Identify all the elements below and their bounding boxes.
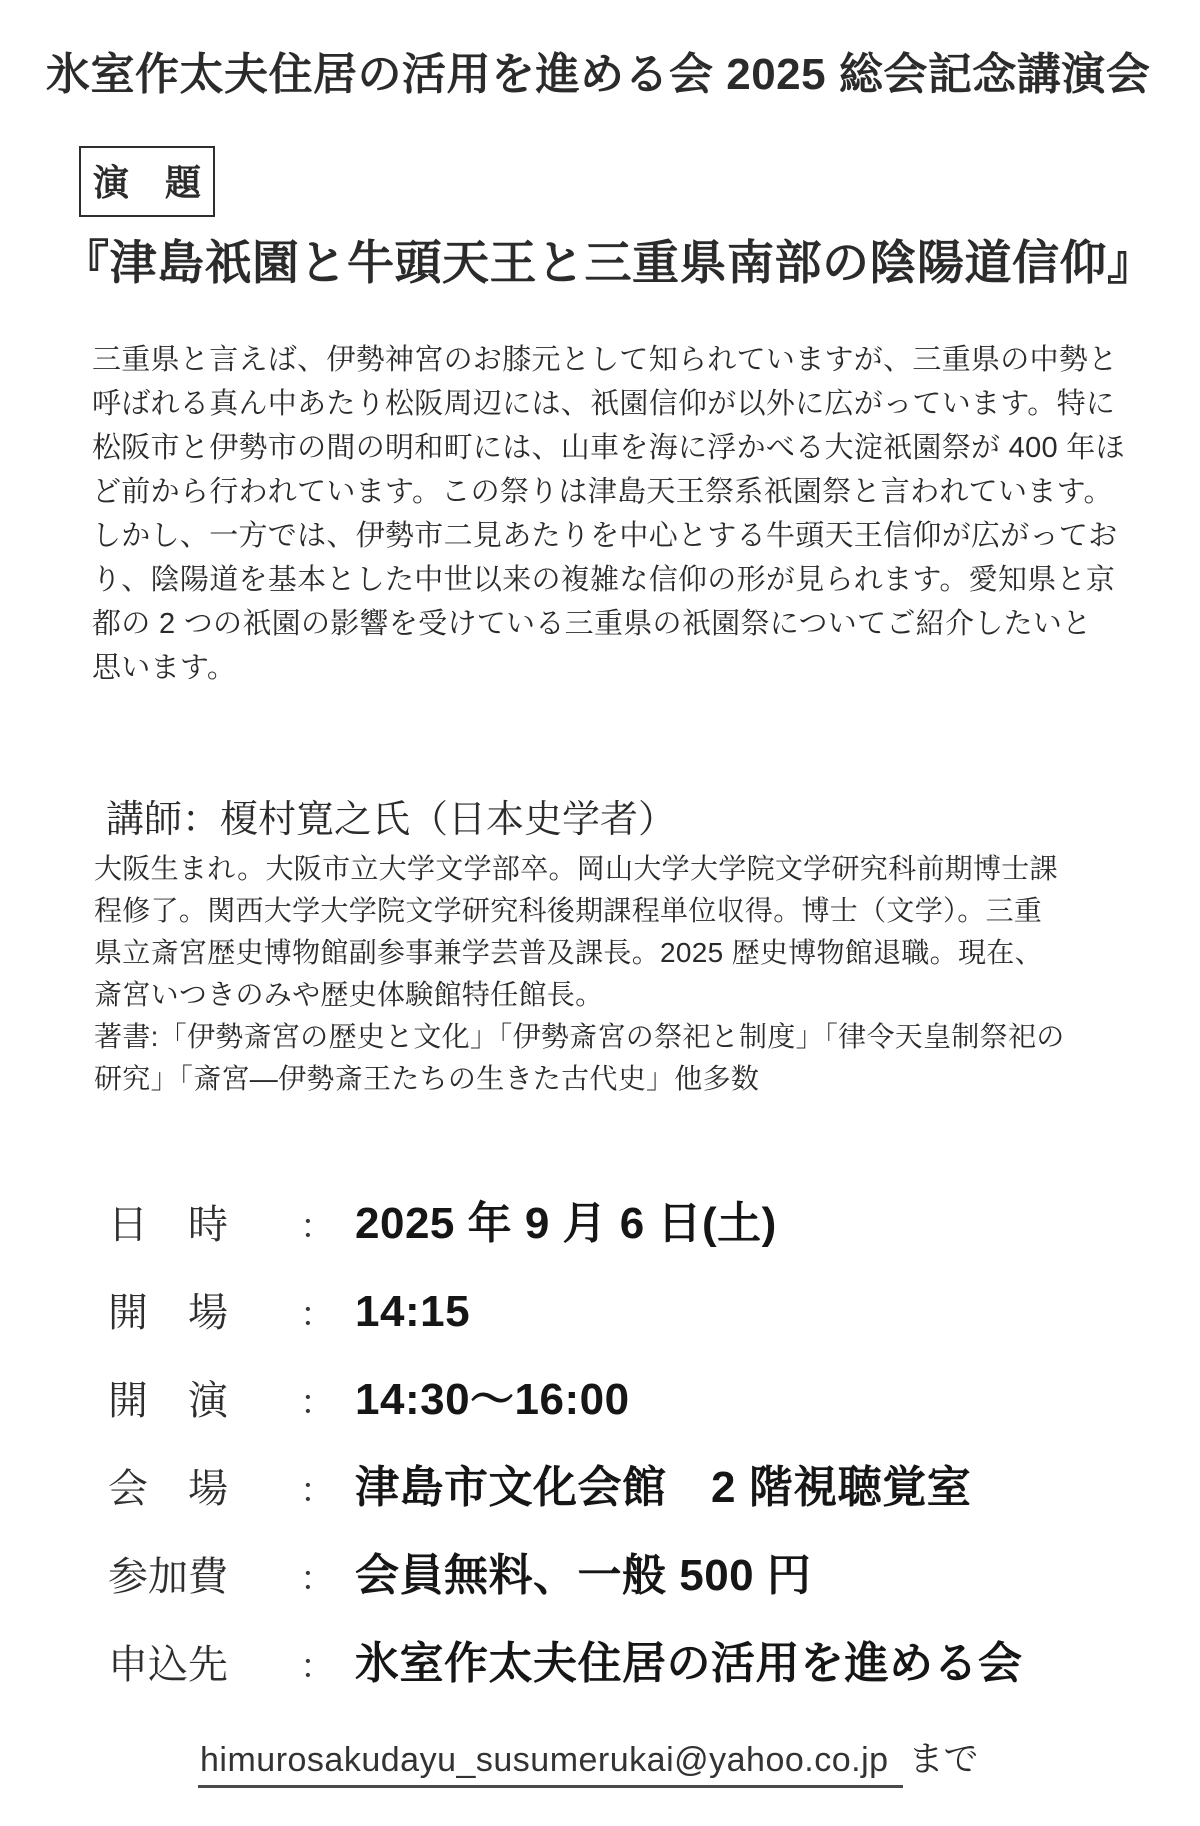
- schedule-colon: ：: [300, 1293, 355, 1337]
- schedule-row-showtime: 開 演 ： 14:30～16:00: [108, 1378, 1023, 1422]
- schedule-label: 会 場: [108, 1467, 300, 1511]
- contact-email: himurosakudayu_susumerukai@yahoo.co.jp: [198, 1741, 903, 1788]
- schedule-colon: ：: [300, 1469, 355, 1513]
- schedule-row-venue: 会 場 ： 津島市文化会館 2 階視聴覚室: [108, 1466, 1023, 1510]
- topic-label-box: 演 題: [79, 146, 215, 217]
- schedule-row-doors-open: 開 場 ： 14:15: [108, 1290, 1023, 1334]
- schedule-list: 日 時 ： 2025 年 9 月 6 日(土) 開 場 ： 14:15 開 演 …: [108, 1202, 1023, 1686]
- schedule-row-fee: 参加費 ： 会員無料、一般 500 円: [108, 1554, 1023, 1598]
- lecturer-bio: 大阪生まれ。大阪市立大学文学部卒。岡山大学大学院文学研究科前期博士課 程修了。関…: [94, 848, 1174, 1100]
- contact-line: himurosakudayu_susumerukai@yahoo.co.jpまで: [198, 1732, 979, 1788]
- schedule-colon: ：: [300, 1645, 355, 1689]
- schedule-label: 開 演: [108, 1379, 300, 1423]
- lecturer-heading: 講師：榎村寛之氏（日本史学者）: [106, 788, 676, 843]
- schedule-label: 申込先: [108, 1643, 300, 1687]
- header-title: 氷室作太夫住居の活用を進める会 2025 総会記念講演会: [46, 38, 1150, 102]
- schedule-row-datetime: 日 時 ： 2025 年 9 月 6 日(土): [108, 1202, 1023, 1246]
- topic-label: 演 題: [93, 162, 201, 203]
- schedule-value: 2025 年 9 月 6 日(土): [355, 1202, 777, 1246]
- schedule-value: 14:15: [355, 1290, 470, 1334]
- schedule-label: 参加費: [108, 1555, 300, 1599]
- contact-suffix-label: まで: [909, 1732, 979, 1782]
- schedule-value: 津島市文化会館 2 階視聴覚室: [355, 1466, 971, 1510]
- lecture-title: 『津島祇園と牛頭天王と三重県南部の陰陽道信仰』: [62, 226, 1155, 293]
- schedule-colon: ：: [300, 1381, 355, 1425]
- schedule-colon: ：: [300, 1205, 355, 1249]
- schedule-colon: ：: [300, 1557, 355, 1601]
- schedule-value: 氷室作太夫住居の活用を進める会: [355, 1642, 1023, 1686]
- schedule-value: 14:30～16:00: [355, 1378, 630, 1422]
- abstract-text: 三重県と言えば、伊勢神宮のお膝元として知られていますが、三重県の中勢と 呼ばれる…: [92, 338, 1162, 690]
- flyer-page: 氷室作太夫住居の活用を進める会 2025 総会記念講演会 演 題 『津島祇園と牛…: [0, 0, 1200, 1826]
- schedule-row-application: 申込先 ： 氷室作太夫住居の活用を進める会: [108, 1642, 1023, 1686]
- schedule-label: 開 場: [108, 1291, 300, 1335]
- schedule-value: 会員無料、一般 500 円: [355, 1554, 811, 1598]
- schedule-label: 日 時: [108, 1203, 300, 1247]
